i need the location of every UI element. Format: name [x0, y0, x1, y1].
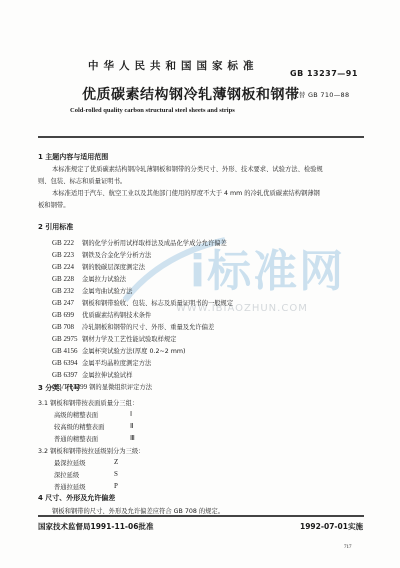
s1-p2-line1: 本标准适用于汽车、航空工业以及其他部门使用的厚度不大于 4 mm 的冷轧优质碳素…: [38, 188, 364, 200]
top-rule-divider: [38, 136, 364, 138]
surface-item: 高级的精整表面Ⅰ: [54, 410, 98, 419]
section-3-heading: 3 分类、代号: [38, 383, 80, 393]
ref-item: GB 222 钢的化学分析用试样取样法及成品化学成分允许偏差: [52, 238, 227, 247]
ref-title: 钢的脱碳层深度测定法: [82, 264, 145, 271]
drawing-item: 深拉延级S: [54, 470, 79, 479]
ref-code: GB 224: [52, 263, 80, 271]
ref-code: GB 2975: [52, 335, 80, 343]
ref-item: GB 6394 金属平均晶粒度测定方法: [52, 358, 151, 367]
ref-title: 钢的化学分析用试样取样法及成品化学成分允许偏差: [82, 240, 227, 247]
drawing-label: 深拉延级: [54, 472, 79, 479]
drawing-symbol: S: [114, 470, 118, 478]
ref-title: 钢的显微组织评定方法: [89, 384, 152, 391]
ref-code: GB 6397: [52, 371, 80, 379]
ref-title: 钢板和钢带验收、包装、标志及质量证明书的一般规定: [82, 300, 233, 307]
ref-item: GB 232 金属弯曲试验方法: [52, 286, 132, 295]
section-4-heading: 4 尺寸、外形及允许偏差: [38, 493, 115, 503]
bottom-rule-divider: [38, 515, 364, 517]
section-4-text: 钢板和钢带的尺寸、外形及允许偏差应符合 GB 708 的规定。: [52, 506, 224, 515]
standard-type: 中华人民共和国国家标准: [88, 58, 259, 73]
ref-item: GB 247 钢板和钢带验收、包装、标志及质量证明书的一般规定: [52, 298, 233, 307]
approval-date: 国家技术监督局1991-11-06批准: [38, 521, 153, 532]
ref-code: GB 228: [52, 275, 80, 283]
ref-item: GB 2975 钢材力学及工艺性能试验取样规定: [52, 334, 176, 343]
ref-title: 金属拉伸试验试样: [82, 372, 132, 379]
s1-p2-line2: 板和钢带。: [38, 200, 364, 212]
ref-code: GB 223: [52, 251, 80, 259]
ref-item: GB 228 金属拉力试验法: [52, 274, 126, 283]
ref-item: GB 699 优质碳素结构钢技术条件: [52, 310, 151, 319]
s1-p1-line2: 则、包装、标志和质量证明书。: [38, 176, 364, 188]
ref-title: 金属杯突试验方法(厚度 0.2~2 mm): [82, 348, 185, 355]
implementation-date: 1992-07-01实施: [300, 521, 363, 532]
surface-symbol: Ⅲ: [130, 434, 135, 442]
ref-title: 冷轧钢板和钢带的尺寸、外形、重量及允许偏差: [82, 324, 214, 331]
surface-label: 高级的精整表面: [54, 412, 98, 419]
ref-code: GB 6394: [52, 359, 80, 367]
standard-code: GB 13237—91: [290, 69, 358, 78]
ref-title: 金属弯曲试验方法: [82, 288, 132, 295]
ref-title: 优质碳素结构钢技术条件: [82, 312, 151, 319]
ref-item: GB 6397 金属拉伸试验试样: [52, 370, 132, 379]
ref-item: GB 4156 金属杯突试验方法(厚度 0.2~2 mm): [52, 346, 185, 355]
section-2-heading: 2 引用标准: [38, 222, 73, 232]
title-english: Cold-rolled quality carbon structural st…: [70, 107, 235, 114]
ref-item: GB 223 钢铁及合金化学分析方法: [52, 250, 151, 259]
ref-code: GB 708: [52, 323, 80, 331]
drawing-item: 普通拉延级P: [54, 482, 85, 491]
surface-symbol: Ⅱ: [130, 422, 133, 430]
drawing-symbol: P: [114, 482, 118, 490]
s1-p1-line1: 本标准规定了优质碳素结构钢冷轧薄钢板和钢带的分类尺寸、外形、技术要求、试验方法、…: [38, 164, 364, 176]
surface-label: 普通的精整表面: [54, 436, 98, 443]
surface-item: 较高级的精整表面Ⅱ: [54, 422, 104, 431]
surface-symbol: Ⅰ: [130, 410, 132, 418]
ref-code: GB 699: [52, 311, 80, 319]
ref-code: GB 222: [52, 239, 80, 247]
ref-code: GB 4156: [52, 347, 80, 355]
ref-title: 金属拉力试验法: [82, 276, 126, 283]
surface-label: 较高级的精整表面: [54, 424, 104, 431]
ref-title: 钢铁及合金化学分析方法: [82, 252, 151, 259]
section-3-1-heading: 3.1 钢板和钢带按表面质量分三组：: [38, 398, 138, 407]
ref-title: 金属平均晶粒度测定方法: [82, 360, 151, 367]
drawing-item: 最深拉延级Z: [54, 458, 85, 467]
title-chinese: 优质碳素结构钢冷轧薄钢板和钢带: [82, 84, 300, 104]
drawing-label: 普通拉延级: [54, 484, 85, 491]
ref-item: GB 224 钢的脱碳层深度测定法: [52, 262, 145, 271]
ref-code: GB 232: [52, 287, 80, 295]
ref-code: GB 247: [52, 299, 80, 307]
ref-item: GB 708 冷轧钢板和钢带的尺寸、外形、重量及允许偏差: [52, 322, 214, 331]
ref-title: 钢材力学及工艺性能试验取样规定: [82, 336, 176, 343]
section-3-2-heading: 3.2 钢板和钢带按拉延级别分为三级：: [38, 446, 144, 455]
section-1-heading: 1 主题内容与适用范围: [38, 152, 108, 162]
page-number: 717: [344, 545, 352, 550]
section-1-body: 本标准规定了优质碳素结构钢冷轧薄钢板和钢带的分类尺寸、外形、技术要求、试验方法、…: [38, 164, 364, 212]
drawing-label: 最深拉延级: [54, 460, 85, 467]
drawing-symbol: Z: [114, 458, 118, 466]
replaces-standard: 代替 GB 710—88: [292, 90, 349, 99]
surface-item: 普通的精整表面Ⅲ: [54, 434, 98, 443]
